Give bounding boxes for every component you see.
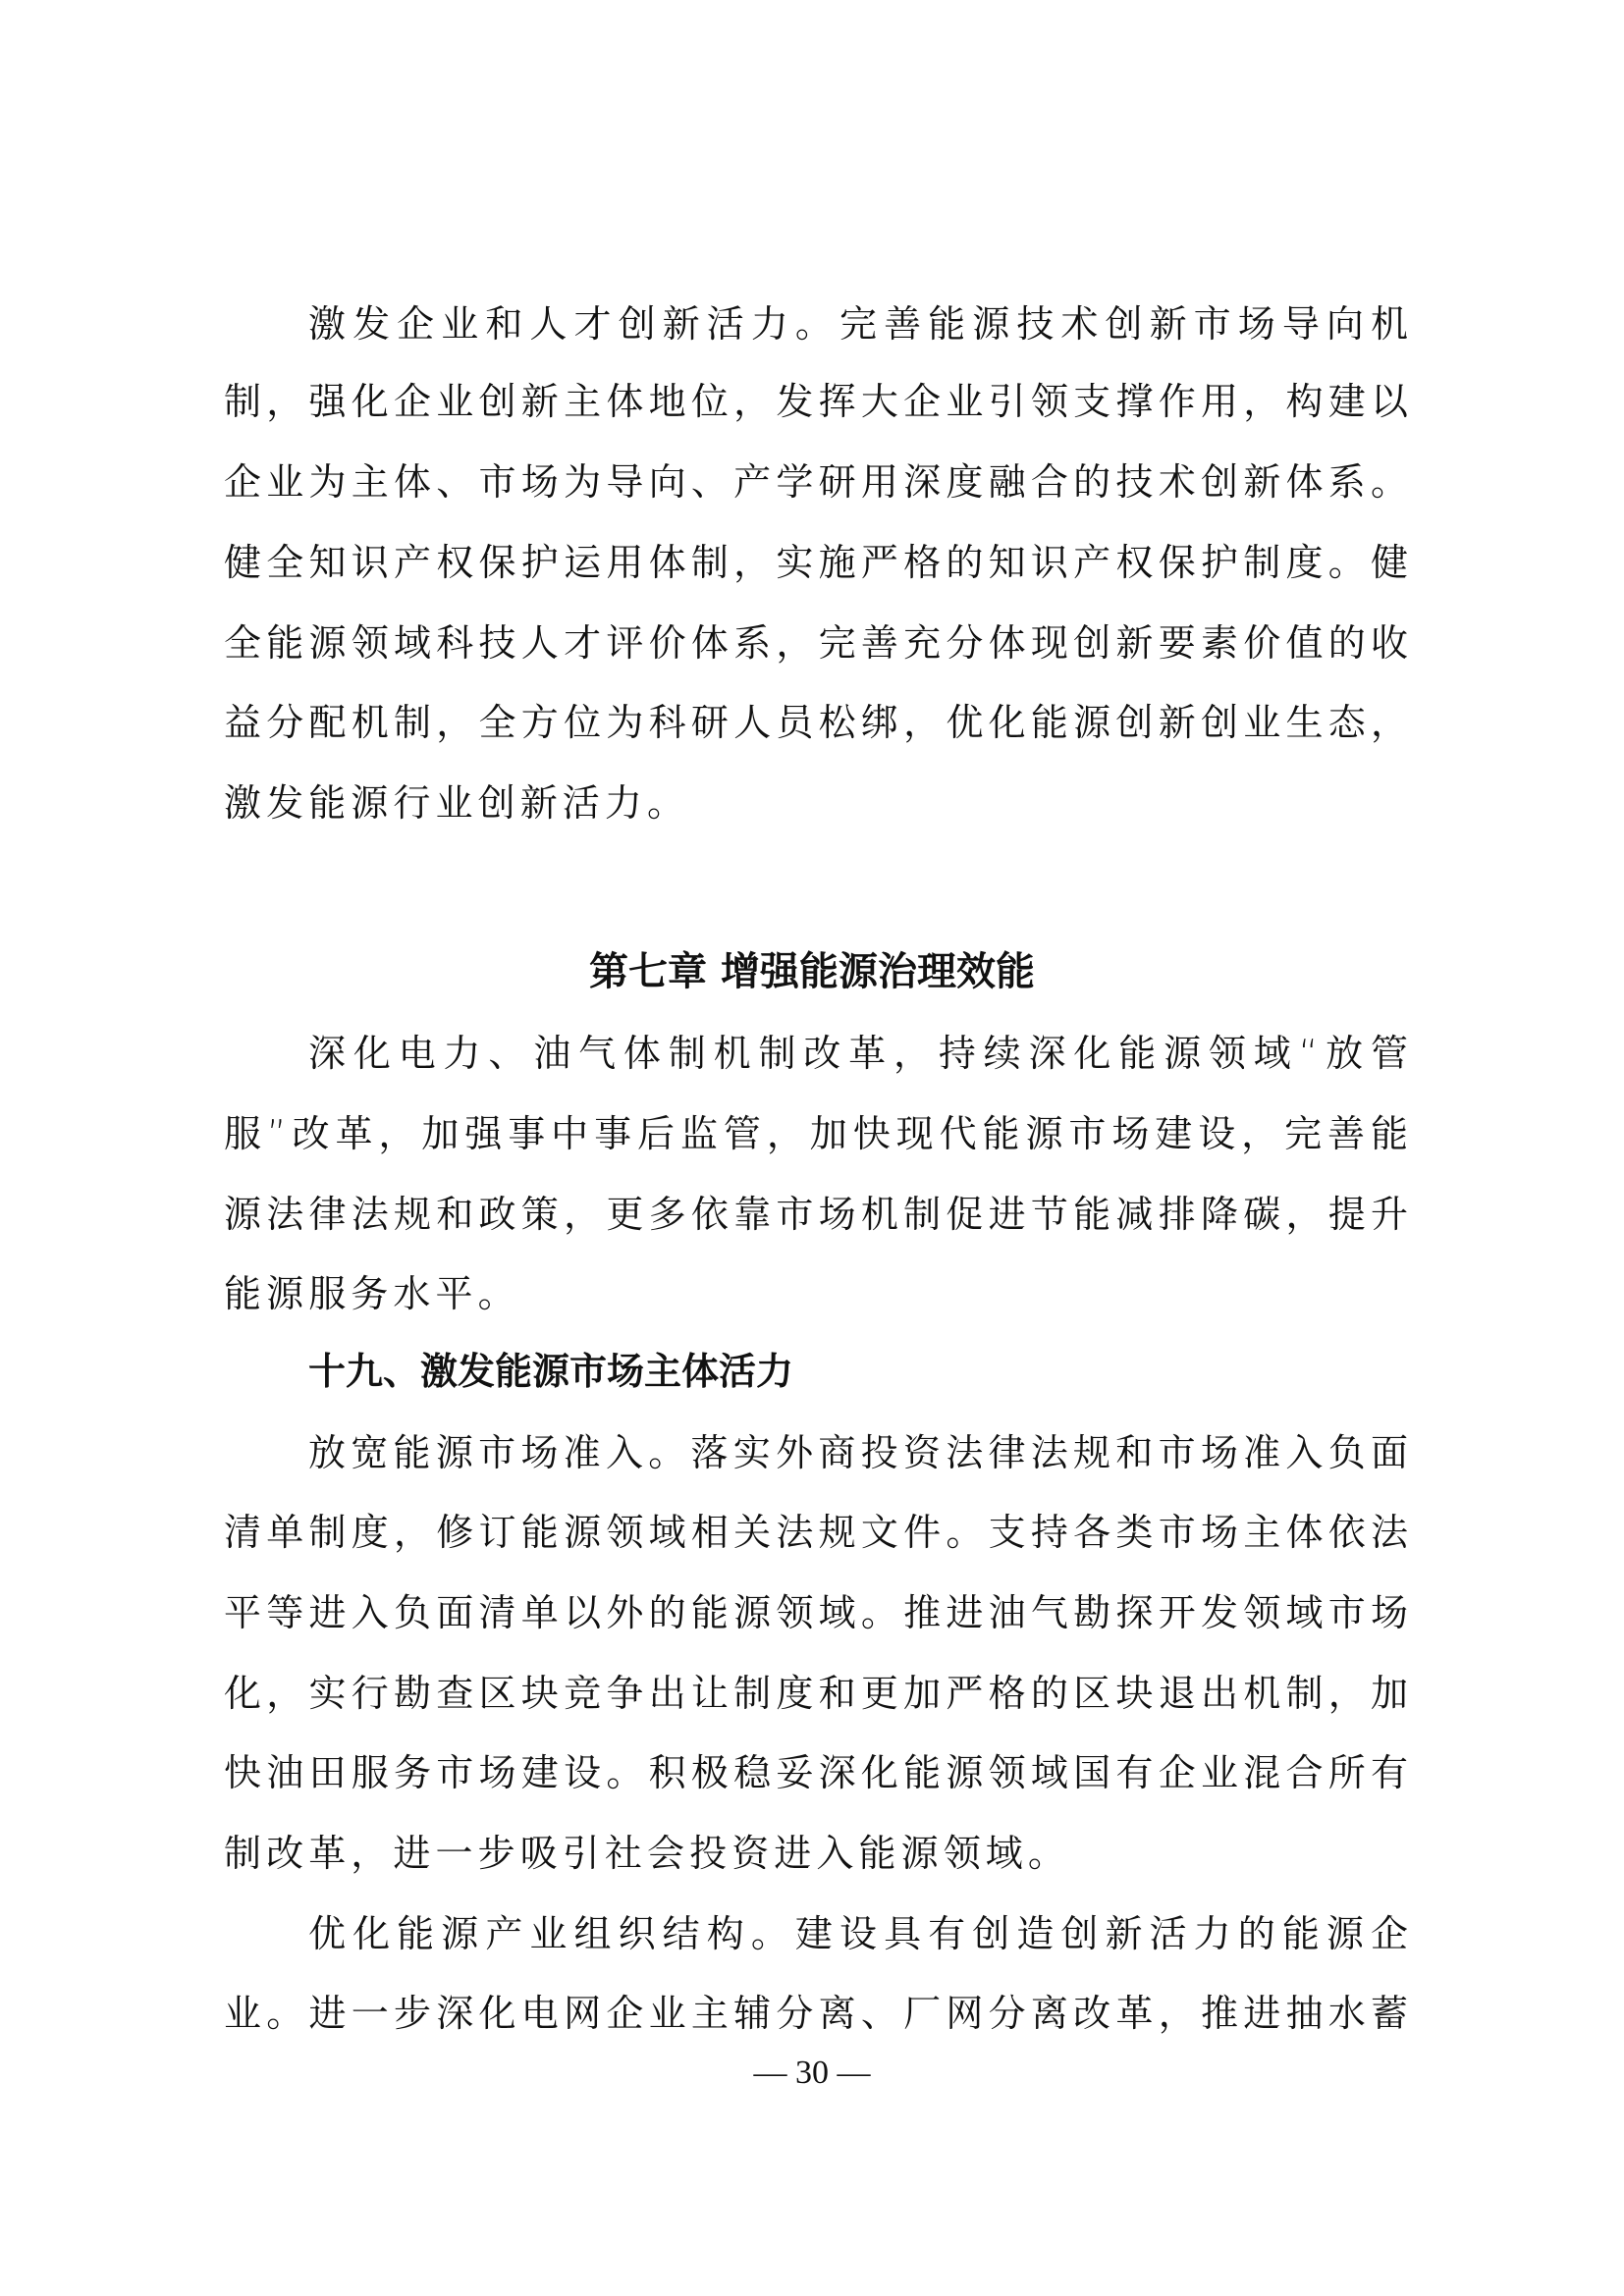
text-line: 业。进一步深化电网企业主辅分离、厂网分离改革，推进抽水蓄 — [224, 1989, 1408, 2038]
text-line: 清单制度，修订能源领域相关法规文件。支持各类市场主体依法 — [224, 1508, 1408, 1557]
chapter-heading: 第七章 增强能源治理效能 — [0, 944, 1624, 999]
text-line: 企业为主体、市场为导向、产学研用深度融合的技术创新体系。 — [224, 457, 1408, 507]
text-line: 健全知识产权保护运用体制，实施严格的知识产权保护制度。健 — [224, 538, 1408, 587]
section-heading: 十九、激发能源市场主体活力 — [308, 1345, 793, 1398]
text-line: 能源服务水平。 — [224, 1269, 1408, 1318]
text-line: 平等进入负面清单以外的能源领域。推进油气勘探开发领域市场 — [224, 1588, 1408, 1637]
text-line: 制，强化企业创新主体地位，发挥大企业引领支撑作用，构建以 — [224, 377, 1408, 426]
text-line: 全能源领域科技人才评价体系，完善充分体现创新要素价值的收 — [224, 618, 1408, 667]
text-line: 放宽能源市场准入。落实外商投资法律法规和市场准入负面 — [308, 1428, 1408, 1477]
text-line: 化，实行勘查区块竞争出让制度和更加严格的区块退出机制，加 — [224, 1669, 1408, 1718]
text-line: 制改革，进一步吸引社会投资进入能源领域。 — [224, 1829, 1408, 1878]
text-line: 深化电力、油气体制机制改革，持续深化能源领域“放管 — [308, 1029, 1408, 1078]
text-line: 优化能源产业组织结构。建设具有创造创新活力的能源企 — [308, 1909, 1408, 1958]
text-line: 激发企业和人才创新活力。完善能源技术创新市场导向机 — [308, 299, 1408, 348]
text-line: 激发能源行业创新活力。 — [224, 778, 1408, 828]
text-line: 服”改革，加强事中事后监管，加快现代能源市场建设，完善能 — [224, 1109, 1408, 1158]
text-line: 益分配机制，全方位为科研人员松绑，优化能源创新创业生态， — [224, 698, 1408, 747]
document-page: 激发企业和人才创新活力。完善能源技术创新市场导向机 制，强化企业创新主体地位，发… — [0, 0, 1624, 2296]
text-line: 源法律法规和政策，更多依靠市场机制促进节能减排降碳，提升 — [224, 1190, 1408, 1239]
page-number: — 30 — — [0, 2052, 1624, 2095]
text-line: 快油田服务市场建设。积极稳妥深化能源领域国有企业混合所有 — [224, 1748, 1408, 1797]
